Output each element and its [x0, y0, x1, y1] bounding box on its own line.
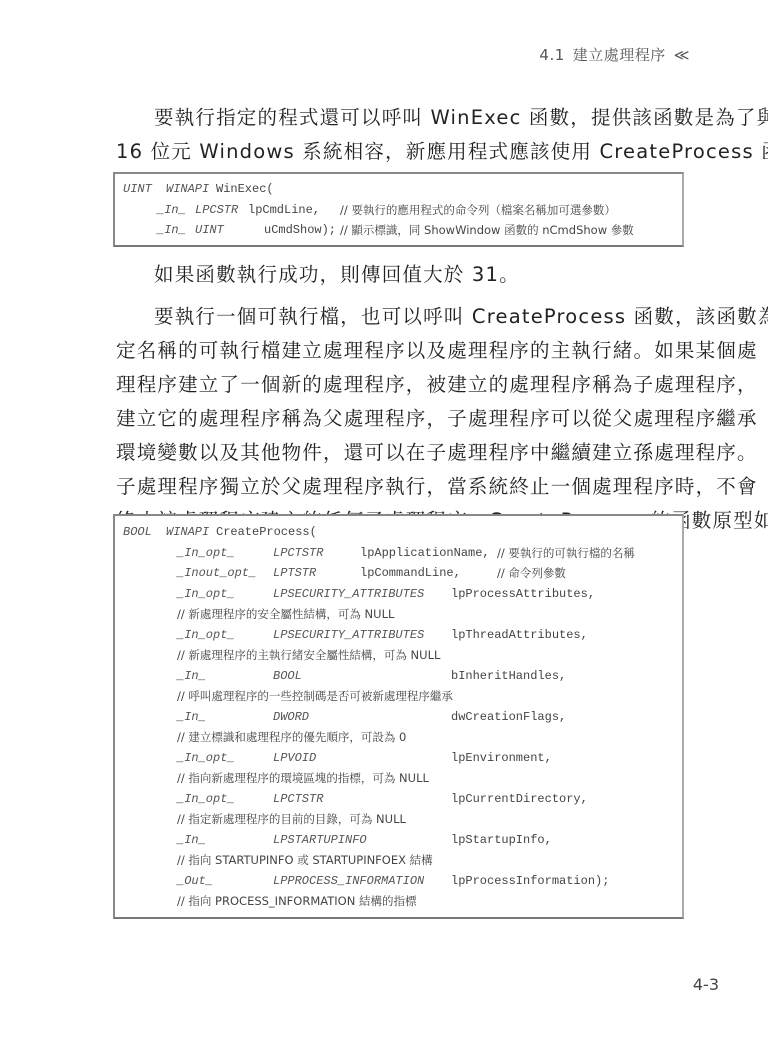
param-annotation: _Inout_opt_	[177, 563, 256, 584]
return-type: BOOL	[123, 522, 152, 543]
code-comment-line: // 指向新處理程序的環境區塊的指標，可為 NULL	[115, 768, 682, 789]
param-annotation: _Out_	[177, 871, 213, 892]
code-block-winexec: UINT WINAPI WinExec( _In_ LPCSTR lpCmdLi…	[113, 172, 684, 247]
param-type: BOOL	[273, 666, 302, 687]
param-type: LPSECURITY_ATTRIBUTES	[273, 625, 424, 646]
param-type: LPSECURITY_ATTRIBUTES	[273, 584, 424, 605]
param-name: dwCreationFlags,	[451, 707, 566, 728]
param-annotation: _In_opt_	[177, 543, 235, 564]
param-annotation: _In_opt_	[177, 748, 235, 769]
code-param-line: _In_opt_ LPSECURITY_ATTRIBUTES lpProcess…	[115, 584, 682, 605]
section-number: 4.1	[539, 46, 564, 64]
page-number: 4-3	[693, 975, 719, 994]
code-comment: // 要執行的應用程式的命令列（檔案名稱加可選參數）	[340, 200, 616, 221]
code-comment: // 指向 PROCESS_INFORMATION 結構的指標	[177, 891, 416, 912]
code-param-line: _In_opt_ LPCTSTR lpApplicationName, // 要…	[115, 543, 682, 564]
code-comment: // 建立標識和處理程序的優先順序，可設為 0	[177, 727, 406, 748]
param-type: UINT	[195, 220, 224, 241]
param-annotation: _In_opt_	[177, 789, 235, 810]
code-param-line: _In_ UINT uCmdShow); // 顯示標識，同 ShowWindo…	[115, 220, 682, 241]
text-line: 理程序建立了一個新的處理程序，被建立的處理程序稱為子處理程序，	[116, 368, 688, 402]
code-param-line: _In_ DWORD dwCreationFlags,	[115, 707, 682, 728]
code-param-line: _Inout_opt_ LPTSTR lpCommandLine, // 命令列…	[115, 563, 682, 584]
param-annotation: _In_	[177, 707, 206, 728]
param-annotation: _In_	[177, 830, 206, 851]
code-comment-line: // 呼叫處理程序的一些控制碼是否可被新處理程序繼承	[115, 686, 682, 707]
code-comment-line: // 指向 STARTUPINFO 或 STARTUPINFOEX 結構	[115, 850, 682, 871]
param-annotation: _In_	[157, 200, 186, 221]
code-comment: // 新處理程序的主執行緒安全屬性結構，可為 NULL	[177, 645, 440, 666]
param-name: bInheritHandles,	[451, 666, 566, 687]
return-type: UINT	[123, 179, 152, 200]
param-name: lpEnvironment,	[451, 748, 552, 769]
paragraph-winexec-intro: 要執行指定的程式還可以呼叫 WinExec 函數，提供該函數是為了與 16 位元…	[116, 101, 688, 169]
param-name: lpStartupInfo,	[451, 830, 552, 851]
param-annotation: _In_opt_	[177, 625, 235, 646]
code-comment: // 新處理程序的安全屬性結構，可為 NULL	[177, 604, 394, 625]
calling-convention: WINAPI	[166, 522, 209, 543]
code-comment-line: // 新處理程序的安全屬性結構，可為 NULL	[115, 604, 682, 625]
function-name: CreateProcess(	[216, 522, 317, 543]
code-param-line: _In_opt_ LPSECURITY_ATTRIBUTES lpThreadA…	[115, 625, 682, 646]
param-name: lpProcessInformation);	[451, 871, 609, 892]
param-annotation: _In_	[177, 666, 206, 687]
calling-convention: WINAPI	[166, 179, 209, 200]
code-comment: // 指定新處理程序的目前的目錄，可為 NULL	[177, 809, 406, 830]
text-line: 建立它的處理程序稱為父處理程序，子處理程序可以從父處理程序繼承	[116, 402, 688, 436]
param-type: LPPROCESS_INFORMATION	[273, 871, 424, 892]
paragraph-return-value: 如果函數執行成功，則傳回值大於 31。	[116, 258, 688, 292]
code-param-line: _In_ BOOL bInheritHandles,	[115, 666, 682, 687]
param-type: LPCTSTR	[273, 789, 323, 810]
param-name: lpThreadAttributes,	[451, 625, 588, 646]
code-param-line: _In_ LPSTARTUPINFO lpStartupInfo,	[115, 830, 682, 851]
code-block-createprocess: BOOL WINAPI CreateProcess( _In_opt_ LPCT…	[113, 514, 684, 919]
param-annotation: _In_opt_	[177, 584, 235, 605]
section-title: 建立處理程序	[573, 46, 666, 64]
code-signature: UINT WINAPI WinExec(	[115, 179, 682, 200]
param-name: lpProcessAttributes,	[451, 584, 595, 605]
param-name: lpCommandLine,	[360, 563, 461, 584]
code-comment: // 命令列參數	[497, 563, 566, 584]
code-comment-line: // 新處理程序的主執行緒安全屬性結構，可為 NULL	[115, 645, 682, 666]
param-name: lpApplicationName,	[360, 543, 490, 564]
code-param-line: _In_ LPCSTR lpCmdLine, // 要執行的應用程式的命令列（檔…	[115, 200, 682, 221]
code-param-line: _Out_ LPPROCESS_INFORMATION lpProcessInf…	[115, 871, 682, 892]
code-comment: // 呼叫處理程序的一些控制碼是否可被新處理程序繼承	[177, 686, 453, 707]
param-name: uCmdShow);	[264, 220, 336, 241]
code-param-line: _In_opt_ LPCTSTR lpCurrentDirectory,	[115, 789, 682, 810]
param-name: lpCmdLine,	[248, 200, 320, 221]
function-name: WinExec(	[216, 179, 274, 200]
param-type: LPSTARTUPINFO	[273, 830, 367, 851]
code-comment: // 顯示標識，同 ShowWindow 函數的 nCmdShow 參數	[340, 220, 634, 241]
text-line: 16 位元 Windows 系統相容，新應用程式應該使用 CreateProce…	[116, 135, 688, 169]
text-line: 定名稱的可執行檔建立處理程序以及處理程序的主執行緒。如果某個處	[116, 334, 688, 368]
code-comment-line: // 建立標識和處理程序的優先順序，可設為 0	[115, 727, 682, 748]
code-comment: // 指向 STARTUPINFO 或 STARTUPINFOEX 結構	[177, 850, 433, 871]
text-line: 子處理程序獨立於父處理程序執行，當系統終止一個處理程序時，不會	[116, 470, 688, 504]
param-annotation: _In_	[157, 220, 186, 241]
text-line: 要執行指定的程式還可以呼叫 WinExec 函數，提供該函數是為了與	[116, 101, 688, 135]
param-type: LPCTSTR	[273, 543, 323, 564]
code-comment-line: // 指定新處理程序的目前的目錄，可為 NULL	[115, 809, 682, 830]
code-comment: // 指向新處理程序的環境區塊的指標，可為 NULL	[177, 768, 429, 789]
running-header: 4.1建立處理程序≪	[539, 44, 690, 65]
code-param-line: _In_opt_ LPVOID lpEnvironment,	[115, 748, 682, 769]
param-type: DWORD	[273, 707, 309, 728]
code-comment-line: // 指向 PROCESS_INFORMATION 結構的指標	[115, 891, 682, 912]
text-line: 要執行一個可執行檔，也可以呼叫 CreateProcess 函數，該函數為指	[116, 300, 688, 334]
code-comment: // 要執行的可執行檔的名稱	[497, 543, 635, 564]
text-line: 如果函數執行成功，則傳回值大於 31。	[116, 258, 688, 292]
param-type: LPVOID	[273, 748, 316, 769]
param-type: LPCSTR	[195, 200, 238, 221]
text-line: 環境變數以及其他物件，還可以在子處理程序中繼續建立孫處理程序。	[116, 436, 688, 470]
chapter-marker-icon: ≪	[674, 46, 690, 64]
param-type: LPTSTR	[273, 563, 316, 584]
paragraph-createprocess-intro: 要執行一個可執行檔，也可以呼叫 CreateProcess 函數，該函數為指 定…	[116, 300, 688, 538]
param-name: lpCurrentDirectory,	[451, 789, 588, 810]
code-signature: BOOL WINAPI CreateProcess(	[115, 522, 682, 543]
